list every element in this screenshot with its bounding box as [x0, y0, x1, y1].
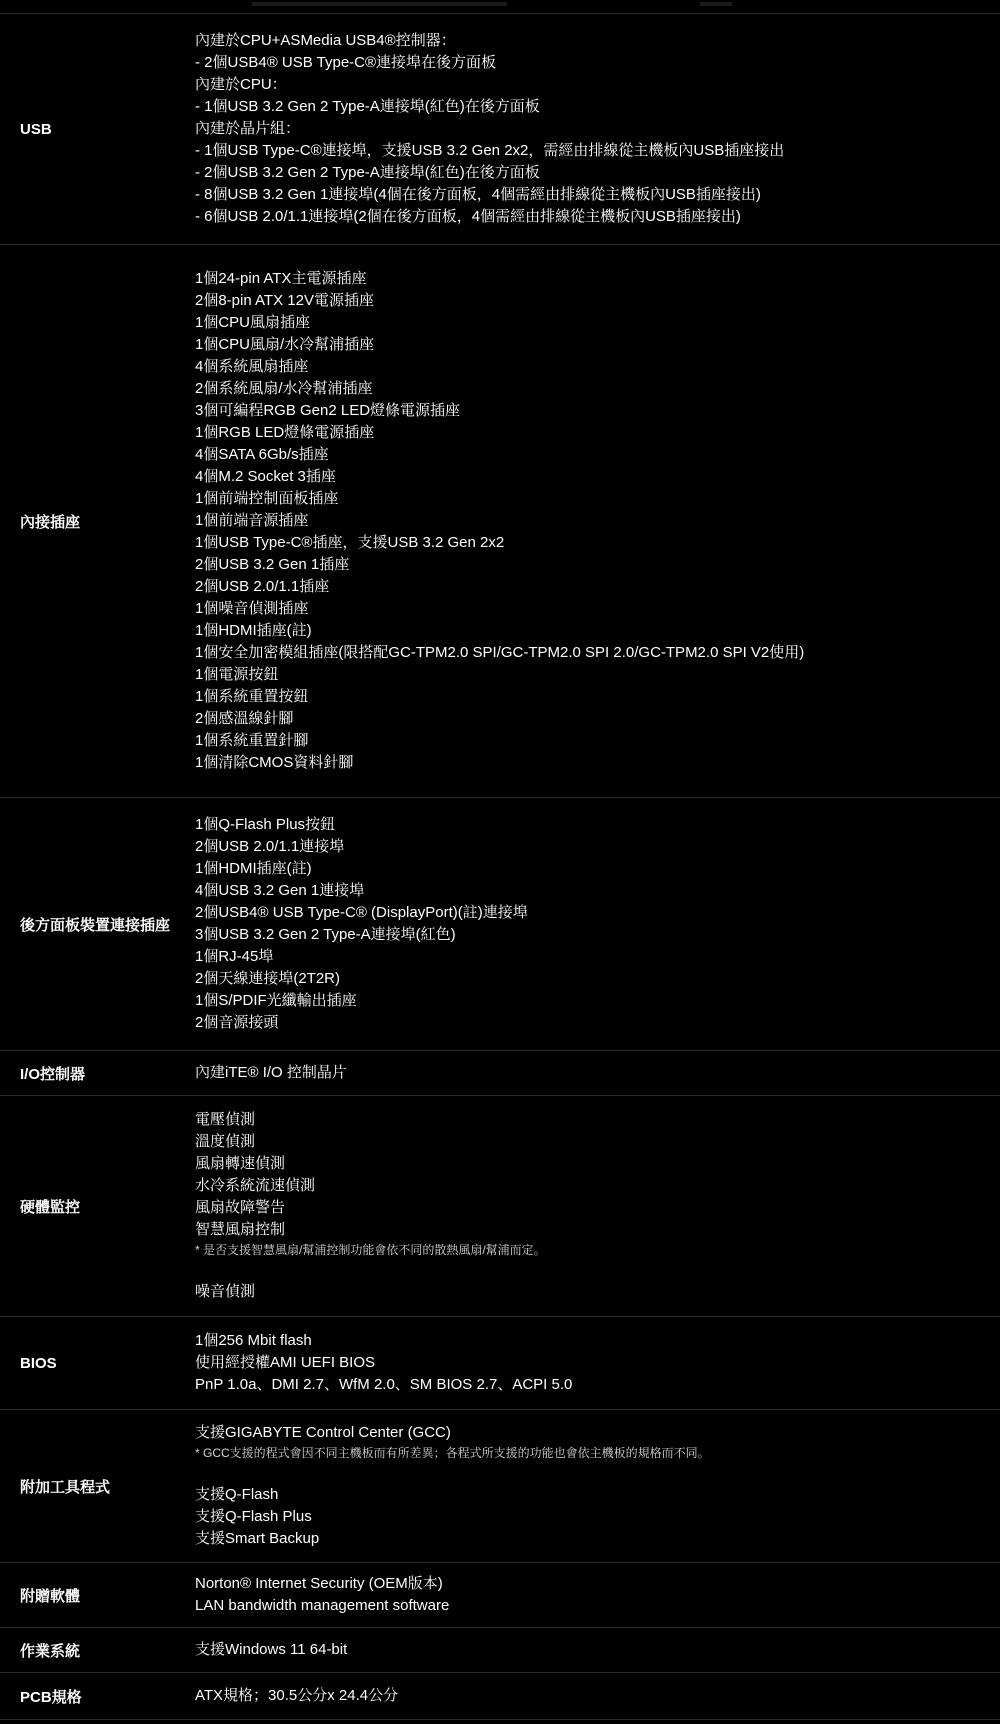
spec-row-label: BIOS [0, 1317, 195, 1409]
spec-line: 1個前端音源插座 [195, 510, 986, 532]
spec-line: 3個USB 3.2 Gen 2 Type-A連接埠(紅色) [195, 924, 986, 946]
spec-line: 4個USB 3.2 Gen 1連接埠 [195, 880, 986, 902]
spec-row-value: 支援GIGABYTE Control Center (GCC)* GCC支援的程… [195, 1410, 1000, 1562]
spec-line: 1個噪音偵測插座 [195, 598, 986, 620]
spec-line: 1個USB Type-C®插座，支援USB 3.2 Gen 2x2 [195, 532, 986, 554]
spec-line: 1個HDMI插座(註) [195, 620, 986, 642]
spec-line: 風扇故障警告 [195, 1197, 986, 1219]
spec-row-label: 內接插座 [0, 245, 195, 797]
spec-line: 1個系統重置針腳 [195, 730, 986, 752]
spec-row-value: 內建於CPU+ASMedia USB4®控制器：- 2個USB4® USB Ty… [195, 14, 1000, 244]
spec-row-label: 附加工具程式 [0, 1410, 195, 1562]
spec-line: - 8個USB 3.2 Gen 1連接埠(4個在後方面板，4個需經由排線從主機板… [195, 184, 986, 206]
spec-row-label: USB [0, 14, 195, 244]
spec-line: 2個USB4® USB Type-C® (DisplayPort)(註)連接埠 [195, 902, 986, 924]
spec-line: 1個CPU風扇/水冷幫浦插座 [195, 334, 986, 356]
spec-row: 附加工具程式 支援GIGABYTE Control Center (GCC)* … [0, 1409, 1000, 1562]
spec-line: 1個256 Mbit flash [195, 1330, 986, 1352]
spec-row-label: 附贈軟體 [0, 1563, 195, 1627]
spec-line: 溫度偵測 [195, 1131, 986, 1153]
spec-line-gap [195, 1259, 986, 1281]
spec-line: 2個系統風扇/水冷幫浦插座 [195, 378, 986, 400]
spec-line: PnP 1.0a、DMI 2.7、WfM 2.0、SM BIOS 2.7、ACP… [195, 1374, 986, 1396]
spec-line: ATX規格；30.5公分x 24.4公分 [195, 1685, 986, 1707]
spec-line: 電壓偵測 [195, 1109, 986, 1131]
spec-line: 4個系統風扇插座 [195, 356, 986, 378]
spec-line: 支援Q-Flash [195, 1484, 986, 1506]
spec-row-value: Norton® Internet Security (OEM版本)LAN ban… [195, 1563, 1000, 1627]
spec-line: 1個電源按鈕 [195, 664, 986, 686]
spec-line: 內建於CPU+ASMedia USB4®控制器： [195, 30, 986, 52]
spec-line-gap [195, 1462, 986, 1484]
spec-line: - 1個USB 3.2 Gen 2 Type-A連接埠(紅色)在後方面板 [195, 96, 986, 118]
spec-row-value: 電壓偵測溫度偵測風扇轉速偵測水冷系統流速偵測風扇故障警告智慧風扇控制* 是否支援… [195, 1096, 1000, 1316]
spec-line: 1個S/PDIF光纖輸出插座 [195, 990, 986, 1012]
spec-line: 內建於CPU： [195, 74, 986, 96]
clipped-text-fragment [252, 2, 507, 6]
spec-line: 4個M.2 Socket 3插座 [195, 466, 986, 488]
spec-row-label: I/O控制器 [0, 1051, 195, 1095]
spec-line: 2個USB 3.2 Gen 1插座 [195, 554, 986, 576]
spec-line: 支援GIGABYTE Control Center (GCC) [195, 1422, 986, 1444]
spec-line: - 6個USB 2.0/1.1連接埠(2個在後方面板，4個需經由排線從主機板內U… [195, 206, 986, 228]
spec-line: 支援Windows 11 64-bit [195, 1639, 986, 1661]
spec-line: 4個SATA 6Gb/s插座 [195, 444, 986, 466]
spec-footnote: * GCC支援的程式會因不同主機板而有所差異；各程式所支援的功能也會依主機板的規… [195, 1444, 986, 1462]
spec-row: 硬體監控 電壓偵測溫度偵測風扇轉速偵測水冷系統流速偵測風扇故障警告智慧風扇控制*… [0, 1095, 1000, 1316]
spec-row-label: 硬體監控 [0, 1096, 195, 1316]
spec-row: PCB規格 ATX規格；30.5公分x 24.4公分 [0, 1672, 1000, 1719]
spec-line: 噪音偵測 [195, 1281, 986, 1303]
spec-line: 水冷系統流速偵測 [195, 1175, 986, 1197]
spec-line: 1個RGB LED燈條電源插座 [195, 422, 986, 444]
spec-line: 1個RJ-45埠 [195, 946, 986, 968]
spec-row-value: 1個Q-Flash Plus按鈕2個USB 2.0/1.1連接埠1個HDMI插座… [195, 798, 1000, 1050]
spec-row-value: ATX規格；30.5公分x 24.4公分 [195, 1673, 1000, 1719]
spec-line: 1個HDMI插座(註) [195, 858, 986, 880]
spec-line: - 1個USB Type-C®連接埠，支援USB 3.2 Gen 2x2，需經由… [195, 140, 986, 162]
spec-row-label: 作業系統 [0, 1628, 195, 1672]
spec-line: 支援Smart Backup [195, 1528, 986, 1550]
spec-line: 2個音源接頭 [195, 1012, 986, 1034]
spec-line: 1個Q-Flash Plus按鈕 [195, 814, 986, 836]
spec-line: - 2個USB4® USB Type-C®連接埠在後方面板 [195, 52, 986, 74]
spec-line: 風扇轉速偵測 [195, 1153, 986, 1175]
spec-row-value: 1個24-pin ATX主電源插座2個8-pin ATX 12V電源插座1個CP… [195, 245, 1000, 797]
clipped-previous-row [0, 0, 1000, 13]
spec-row-value: 內建iTE® I/O 控制晶片 [195, 1051, 1000, 1095]
spec-line: 1個前端控制面板插座 [195, 488, 986, 510]
spec-line: 2個天線連接埠(2T2R) [195, 968, 986, 990]
spec-line: 1個24-pin ATX主電源插座 [195, 268, 986, 290]
spec-line: 支援Q-Flash Plus [195, 1506, 986, 1528]
spec-line: 1個安全加密模組插座(限搭配GC-TPM2.0 SPI/GC-TPM2.0 SP… [195, 642, 986, 664]
spec-line: 內建iTE® I/O 控制晶片 [195, 1062, 986, 1084]
spec-row: USB 內建於CPU+ASMedia USB4®控制器：- 2個USB4® US… [0, 13, 1000, 244]
spec-row-label: PCB規格 [0, 1673, 195, 1719]
spec-line: 1個系統重置按鈕 [195, 686, 986, 708]
spec-line: 2個感溫線針腳 [195, 708, 986, 730]
motherboard-spec-table: USB 內建於CPU+ASMedia USB4®控制器：- 2個USB4® US… [0, 13, 1000, 1719]
spec-row: BIOS 1個256 Mbit flash使用經授權AMI UEFI BIOSP… [0, 1316, 1000, 1409]
spec-row-label: 後方面板裝置連接插座 [0, 798, 195, 1050]
spec-row: 附贈軟體 Norton® Internet Security (OEM版本)LA… [0, 1562, 1000, 1627]
spec-line: 使用經授權AMI UEFI BIOS [195, 1352, 986, 1374]
spec-line: 1個CPU風扇插座 [195, 312, 986, 334]
spec-line: LAN bandwidth management software [195, 1595, 986, 1617]
spec-footnote: * 是否支援智慧風扇/幫浦控制功能會依不同的散熱風扇/幫浦而定。 [195, 1241, 986, 1259]
spec-line: 3個可編程RGB Gen2 LED燈條電源插座 [195, 400, 986, 422]
spec-line: 智慧風扇控制 [195, 1219, 986, 1241]
spec-line: 2個USB 2.0/1.1連接埠 [195, 836, 986, 858]
spec-line: 2個USB 2.0/1.1插座 [195, 576, 986, 598]
spec-line: Norton® Internet Security (OEM版本) [195, 1573, 986, 1595]
table-bottom-divider [0, 1719, 1000, 1720]
clipped-text-fragment [700, 2, 732, 6]
spec-row: 作業系統 支援Windows 11 64-bit [0, 1627, 1000, 1672]
spec-line: 內建於晶片組： [195, 118, 986, 140]
spec-line: 1個清除CMOS資料針腳 [195, 752, 986, 774]
spec-row-value: 支援Windows 11 64-bit [195, 1628, 1000, 1672]
spec-line: - 2個USB 3.2 Gen 2 Type-A連接埠(紅色)在後方面板 [195, 162, 986, 184]
spec-row: I/O控制器 內建iTE® I/O 控制晶片 [0, 1050, 1000, 1095]
spec-line: 2個8-pin ATX 12V電源插座 [195, 290, 986, 312]
spec-row: 後方面板裝置連接插座 1個Q-Flash Plus按鈕2個USB 2.0/1.1… [0, 797, 1000, 1050]
spec-row: 內接插座 1個24-pin ATX主電源插座2個8-pin ATX 12V電源插… [0, 244, 1000, 797]
spec-row-value: 1個256 Mbit flash使用經授權AMI UEFI BIOSPnP 1.… [195, 1317, 1000, 1409]
